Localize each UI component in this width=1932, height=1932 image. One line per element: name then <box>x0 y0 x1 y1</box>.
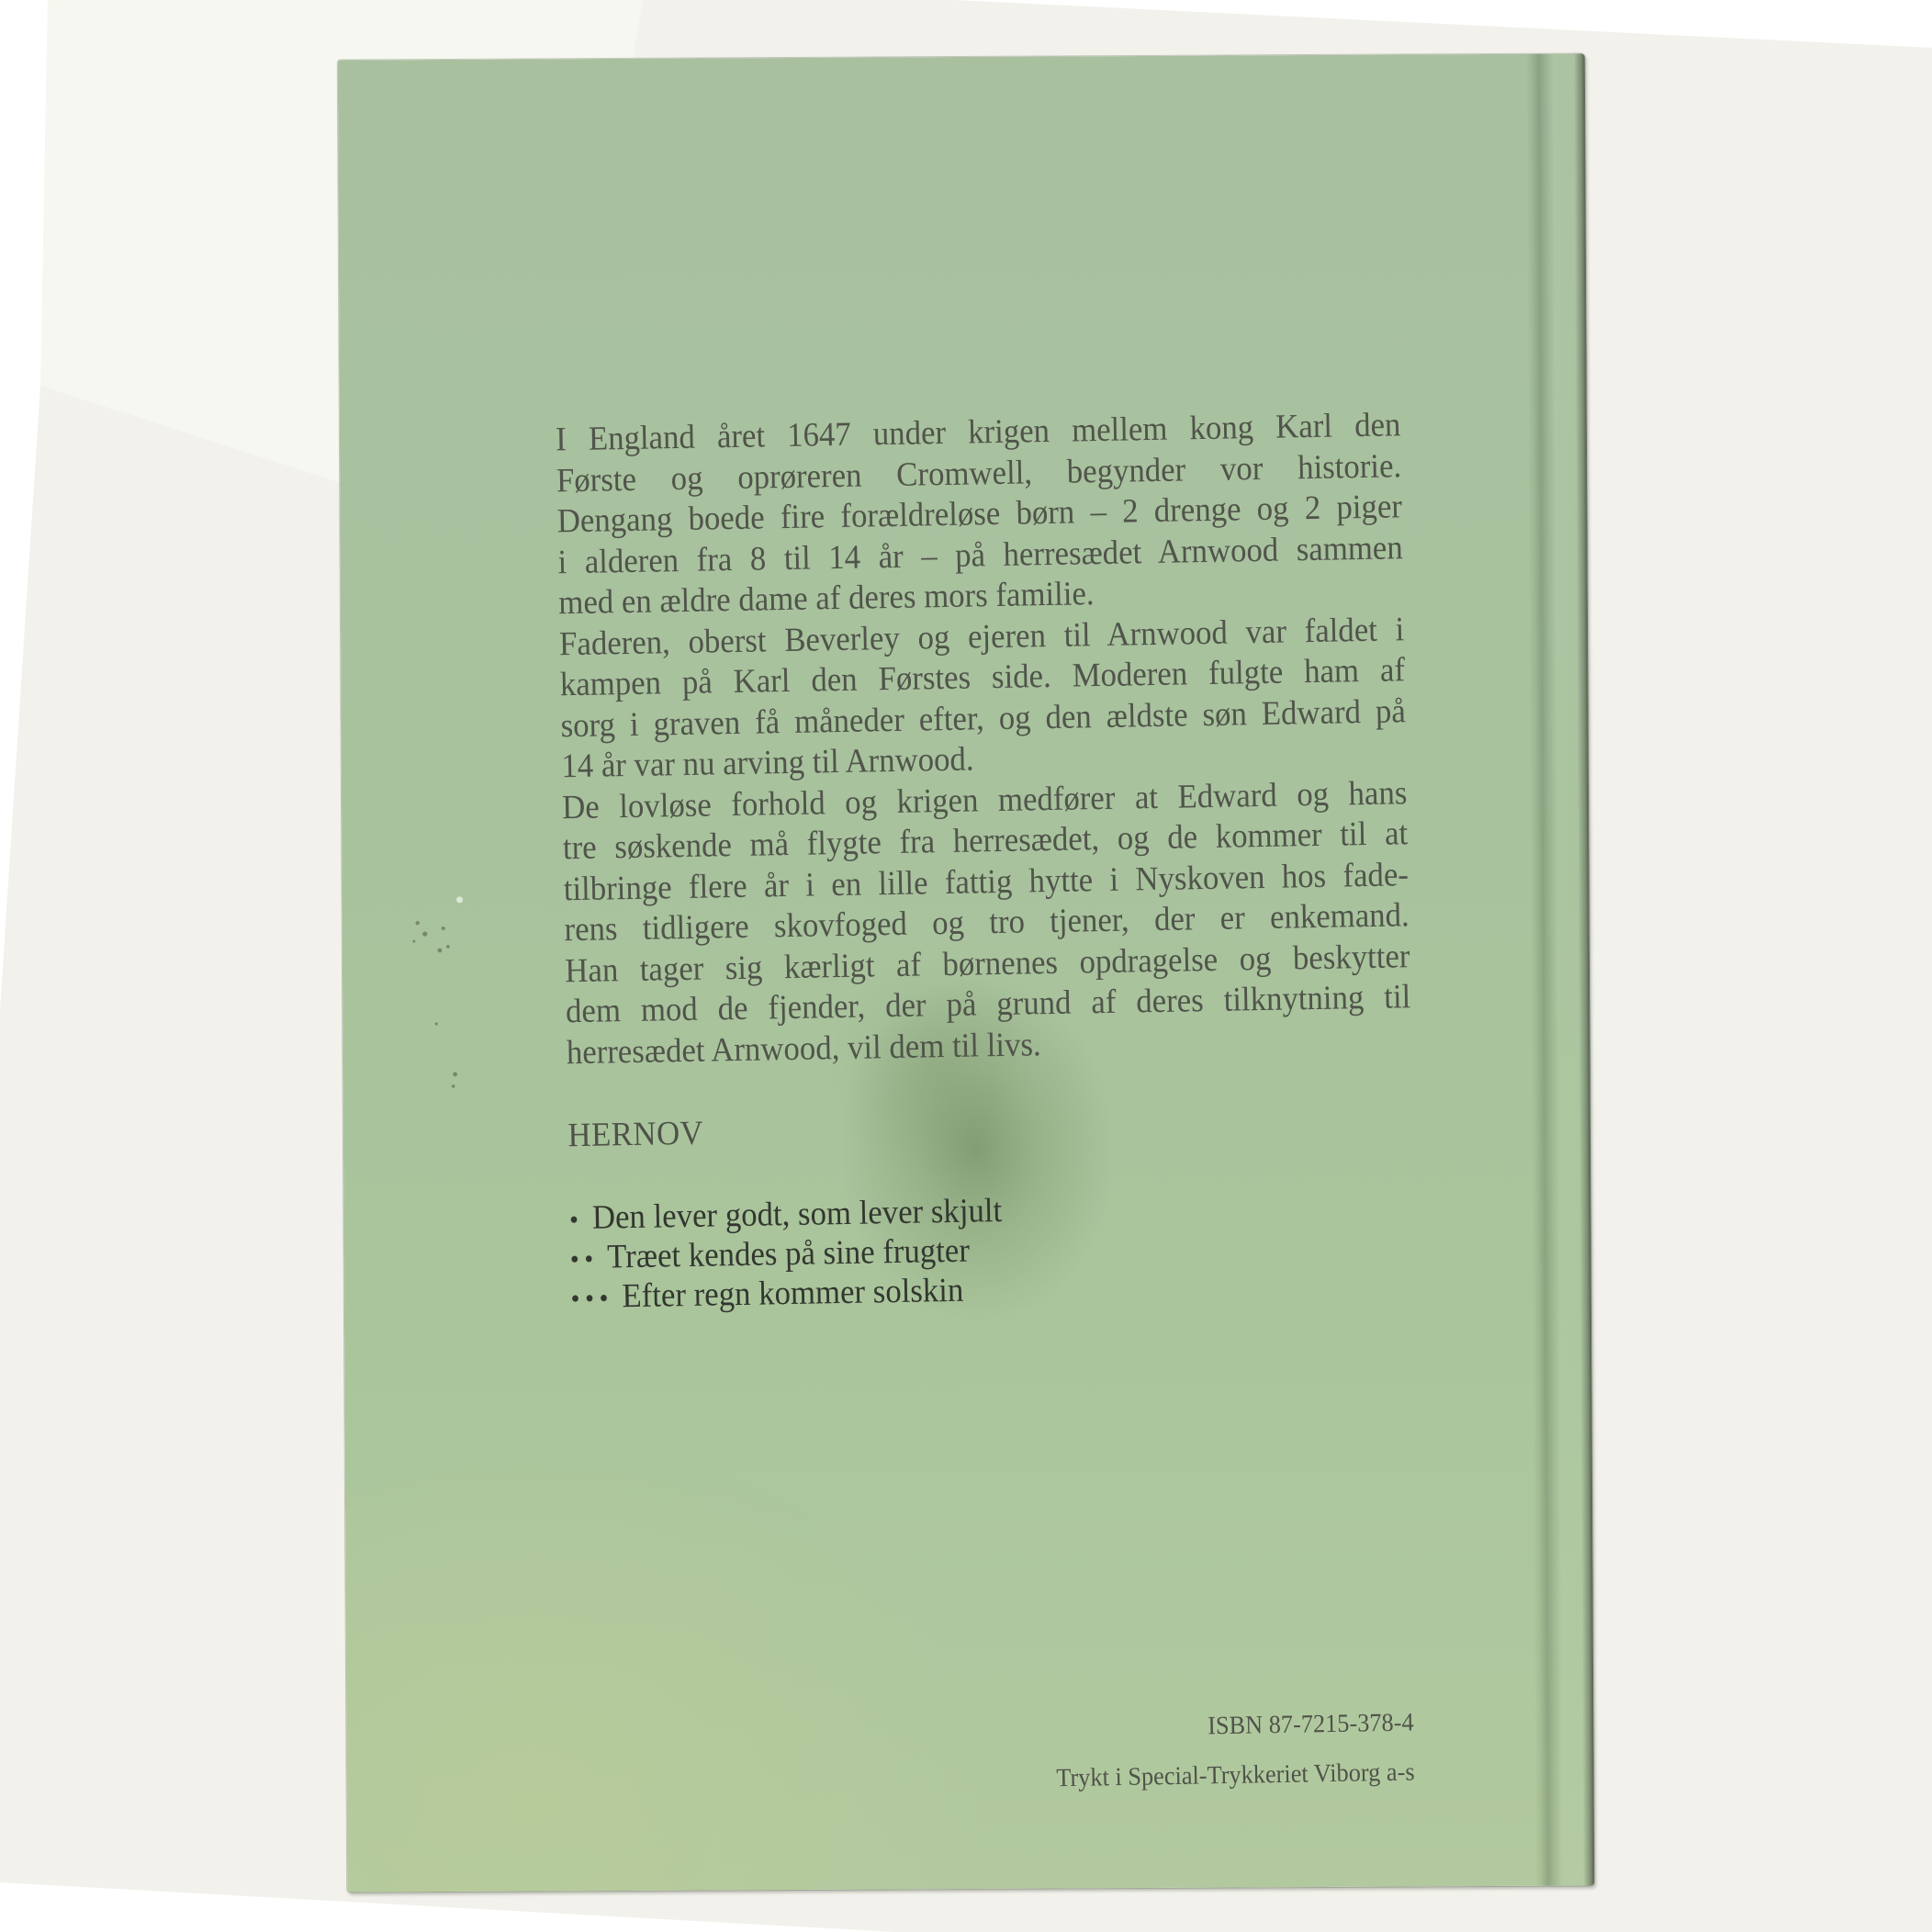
cover-specks <box>397 868 471 1106</box>
blurb-text: I England året 1647 under krigen mellem … <box>556 405 1416 1316</box>
isbn: ISBN 87-7215-378-4 <box>1007 1698 1414 1755</box>
book-spine-hinge <box>1526 53 1594 1885</box>
blurb-paragraph: Faderen, oberst Beverley og ejeren til A… <box>559 610 1407 788</box>
series-heading: HERNOV <box>567 1101 1413 1157</box>
series-title: Træet kendes på sine frugter <box>607 1231 970 1275</box>
bullet-dots-icon: •• <box>569 1239 599 1279</box>
blurb-paragraph: De lovløse forhold og krigen medfører at… <box>562 773 1412 1074</box>
series-title-list: •Den lever godt, som lever skjult ••Træe… <box>569 1184 1416 1317</box>
bullet-dots-icon: • <box>569 1199 584 1239</box>
blurb-paragraph: I England året 1647 under krigen mellem … <box>556 405 1404 624</box>
series-title: Efter regn kommer solskin <box>622 1271 964 1314</box>
imprint: ISBN 87-7215-378-4 Trykt i Special-Trykk… <box>1007 1698 1415 1804</box>
book-back-cover: I England året 1647 under krigen mellem … <box>338 53 1594 1892</box>
bullet-dots-icon: ••• <box>570 1278 613 1319</box>
series-title: Den lever godt, som lever skjult <box>592 1191 1003 1236</box>
printer-credit: Trykt i Special-Trykkeriet Viborg a-s <box>1008 1747 1415 1804</box>
